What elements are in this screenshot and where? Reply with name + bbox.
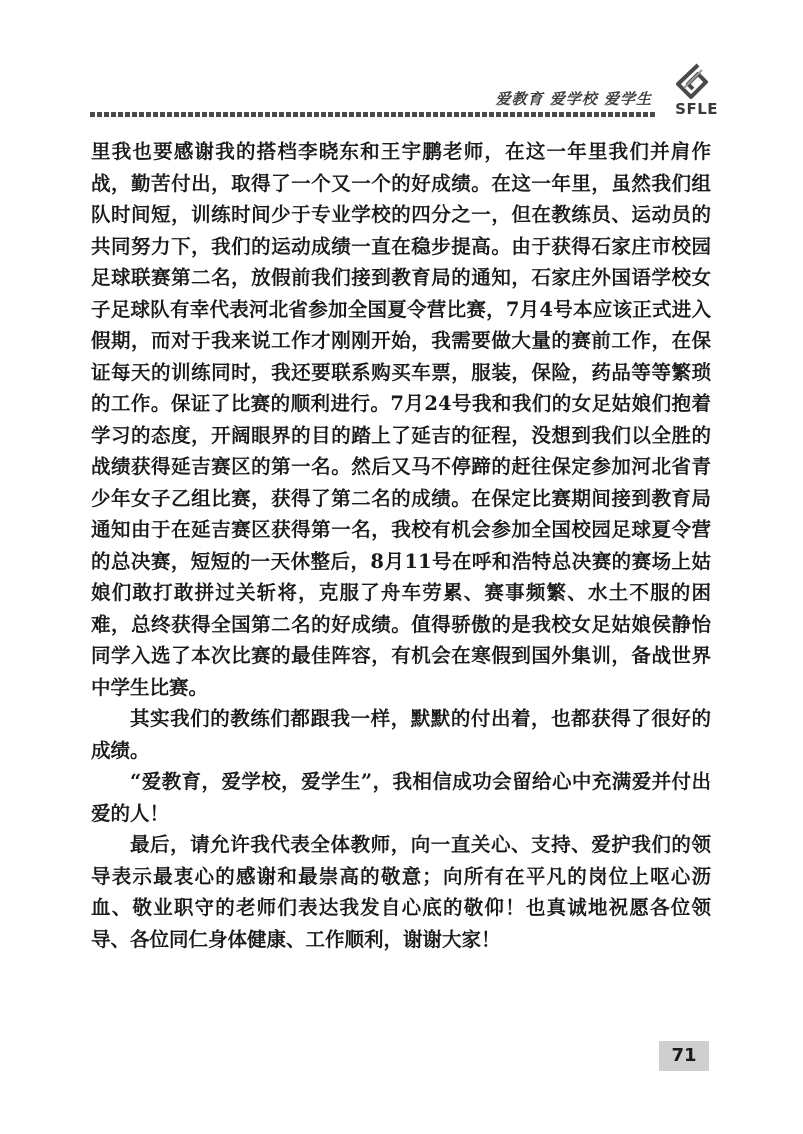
page-number: 71 [659,1041,709,1071]
document-body: 里我也要感谢我的搭档李晓东和王宇鹏老师，在这一年里我们并肩作战，勤苦付出，取得了… [91,136,711,955]
sfle-logo: SFLE [662,62,720,120]
logo-text: SFLE [675,100,718,118]
paragraph: 其实我们的教练们都跟我一样，默默的付出着，也都获得了很好的成绩。 [91,703,711,766]
page-header: 爱教育 爱学校 爱学生 SFLE [90,62,720,122]
header-motto: 爱教育 爱学校 爱学生 [496,88,652,109]
paragraph-continued: 里我也要感谢我的搭档李晓东和王宇鹏老师，在这一年里我们并肩作战，勤苦付出，取得了… [91,136,711,703]
paragraph: “爱教育，爱学校，爱学生”，我相信成功会留给心中充满爱并付出爱的人！ [91,766,711,829]
header-dashed-rule [90,112,655,117]
sfle-logo-icon [662,62,720,102]
paragraph: 最后，请允许我代表全体教师，向一直关心、支持、爱护我们的领导表示最衷心的感谢和最… [91,829,711,955]
